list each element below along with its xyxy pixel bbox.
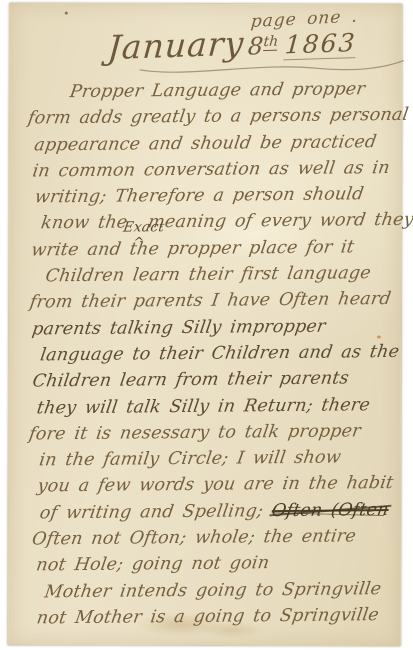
handwriting-line: they will talk Silly in Return; there xyxy=(35,391,413,421)
date-heading: January8th1863 xyxy=(106,20,358,67)
stain-speck xyxy=(377,335,381,338)
date-year: 1863 xyxy=(284,28,358,60)
handwriting-line: Mother intends going to Springville xyxy=(43,575,413,605)
handwriting-line: Often not Ofton; whole; the entire xyxy=(30,523,413,553)
letter-paper: page one . January8th1863 Propper Langua… xyxy=(7,2,403,646)
handwriting-line: you a few words you are in the habit xyxy=(36,470,413,500)
handwriting-line: fore it is nesessary to talk propper xyxy=(27,418,413,448)
handwriting-line: Children learn from their parents xyxy=(31,365,413,395)
letter-body: Propper Language and propper form adds g… xyxy=(24,76,413,632)
handwriting-line: language to their Children and as the xyxy=(38,339,413,369)
date-day-suffix: th xyxy=(263,34,279,52)
handwriting-line: Children learn their first language xyxy=(44,260,413,290)
handwriting-line-with-strikethrough: of writing and Spelling; Often (Often xyxy=(38,497,413,527)
handwriting-line: Propper Language and propper xyxy=(68,76,412,106)
struck-through-text: Often (Often xyxy=(270,497,391,524)
handwriting-line-with-insertion: know the ^Exactmeaning of every word the… xyxy=(39,207,413,237)
handwriting-line: not Mother is a going to Springville xyxy=(35,602,413,632)
handwriting-line: appearance and should be practiced xyxy=(32,128,412,158)
handwriting-line: not Hole; going not goin xyxy=(34,549,413,579)
handwriting-line: parents talking Silly impropper xyxy=(30,312,413,342)
line-text-before: know the xyxy=(40,213,129,234)
line-text: of writing and Spelling; xyxy=(38,501,273,523)
ink-speck xyxy=(65,12,68,15)
line-text-after: meaning of every word they xyxy=(147,210,413,233)
date-day: 8 xyxy=(247,32,264,61)
handwriting-line: from their parents I have Often heard xyxy=(28,286,413,316)
date-month: January xyxy=(106,24,245,68)
handwriting-line: in common conversation as well as in xyxy=(31,155,413,185)
handwriting-line: form adds greatly to a persons personal xyxy=(26,102,412,132)
scanned-letter: page one . January8th1863 Propper Langua… xyxy=(0,0,413,650)
handwriting-line: write and the propper place for it xyxy=(29,234,413,264)
